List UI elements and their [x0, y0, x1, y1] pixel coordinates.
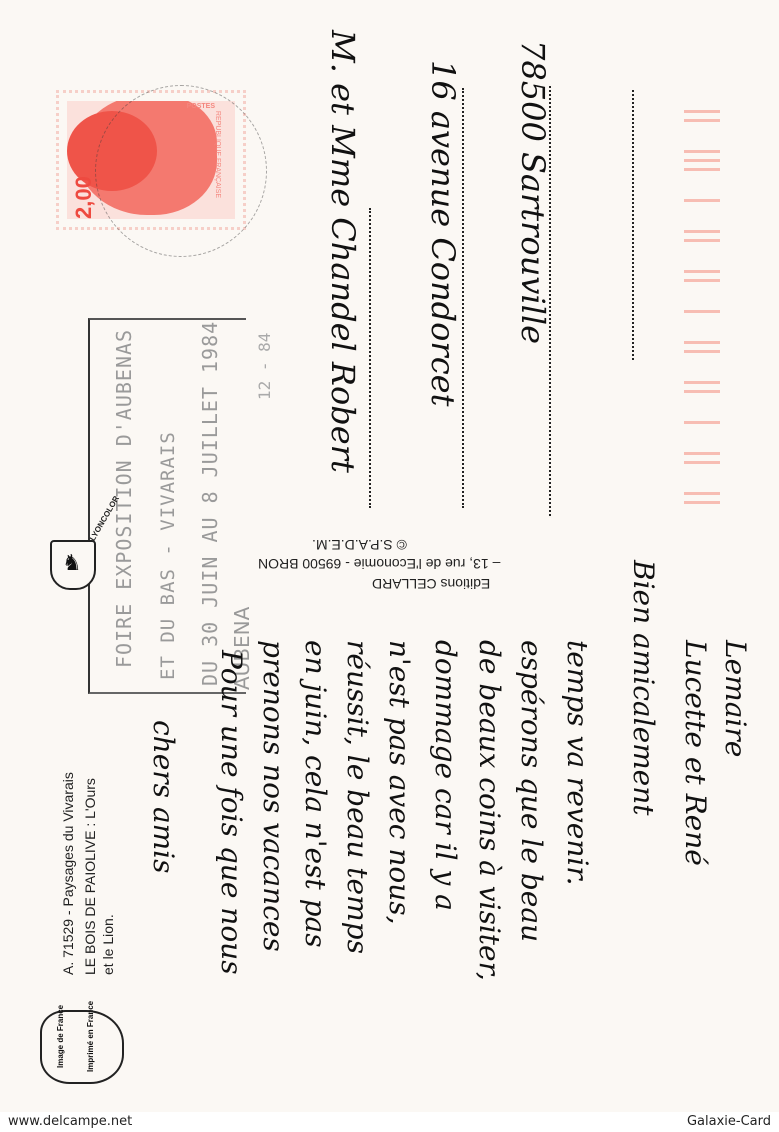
caption-line-3: et le Lion. — [100, 914, 116, 975]
postmark-slogan-line-3: DU 30 JUIN AU 8 JUILLET 1984 — [198, 321, 222, 686]
footer-seller-name: Galaxie-Card — [687, 1114, 771, 1129]
address-line-2 — [462, 88, 464, 508]
france-map-logo: Image de France Imprimé en France — [40, 1010, 124, 1084]
caption-line-1: A. 71529 - Paysages du Vivarais — [60, 772, 76, 975]
message-line-7: de beaux coins à visiter, — [473, 640, 506, 981]
map-logo-left-text: Image de France — [56, 1005, 65, 1068]
message-line-8: espérons que le beau — [515, 640, 548, 942]
cancellation-ring — [95, 85, 267, 257]
postmark-slogan-line-2: ET DU BAS - VIVARAIS — [157, 431, 179, 680]
postal-sorting-codes — [684, 110, 720, 510]
publisher-address: – 13, rue de l'Economie - 69500 BRON — [258, 556, 500, 572]
message-line-5: n'est pas avec nous, — [383, 640, 416, 925]
watermark-footer: www.delcampe.net Galaxie-Card — [0, 1112, 779, 1132]
caption-line-2: LE BOIS DE PAIOLIVE : L'Ours — [82, 778, 98, 975]
address-street: 16 avenue Condorcet — [424, 60, 462, 406]
message-line-6: dommage car il y a — [429, 640, 462, 911]
message-greeting: chers amis — [147, 720, 180, 874]
lion-icon: ♞ — [62, 550, 82, 576]
address-line-4 — [632, 90, 634, 360]
postcard-back: POSTES REPUBLIQUE FRANÇAISE 2,00 FOIRE E… — [0, 0, 779, 1112]
message-line-2: prenons nos vacances — [257, 640, 290, 952]
lyoncolor-crest-logo: ♞ — [50, 540, 96, 590]
message-closing: Bien amicalement — [627, 560, 660, 816]
message-surname: Lemaire — [719, 640, 752, 757]
address-line-1 — [369, 208, 371, 508]
message-line-4: réussit, le beau temps — [341, 640, 374, 954]
stamp-value: 2,00 — [71, 176, 97, 219]
map-logo-right-text: Imprimé en France — [86, 1001, 95, 1072]
publisher-copyright: © S.P.A.D.E.M. — [312, 537, 407, 553]
footer-site-link[interactable]: www.delcampe.net — [8, 1114, 132, 1129]
address-city: 78500 Sartrouville — [514, 40, 552, 344]
message-line-1: Pour une fois que nous — [215, 650, 248, 975]
publisher-name: Editions CELLARD — [372, 576, 490, 592]
message-line-9: temps va revenir. — [561, 640, 594, 886]
message-line-3: en juin, cela n'est pas — [299, 640, 332, 948]
address-recipient: M. et Mme Chandel Robert — [324, 30, 362, 473]
message-signature: Lucette et René — [679, 640, 712, 866]
postmark-date: 12 - 84 — [255, 333, 274, 400]
